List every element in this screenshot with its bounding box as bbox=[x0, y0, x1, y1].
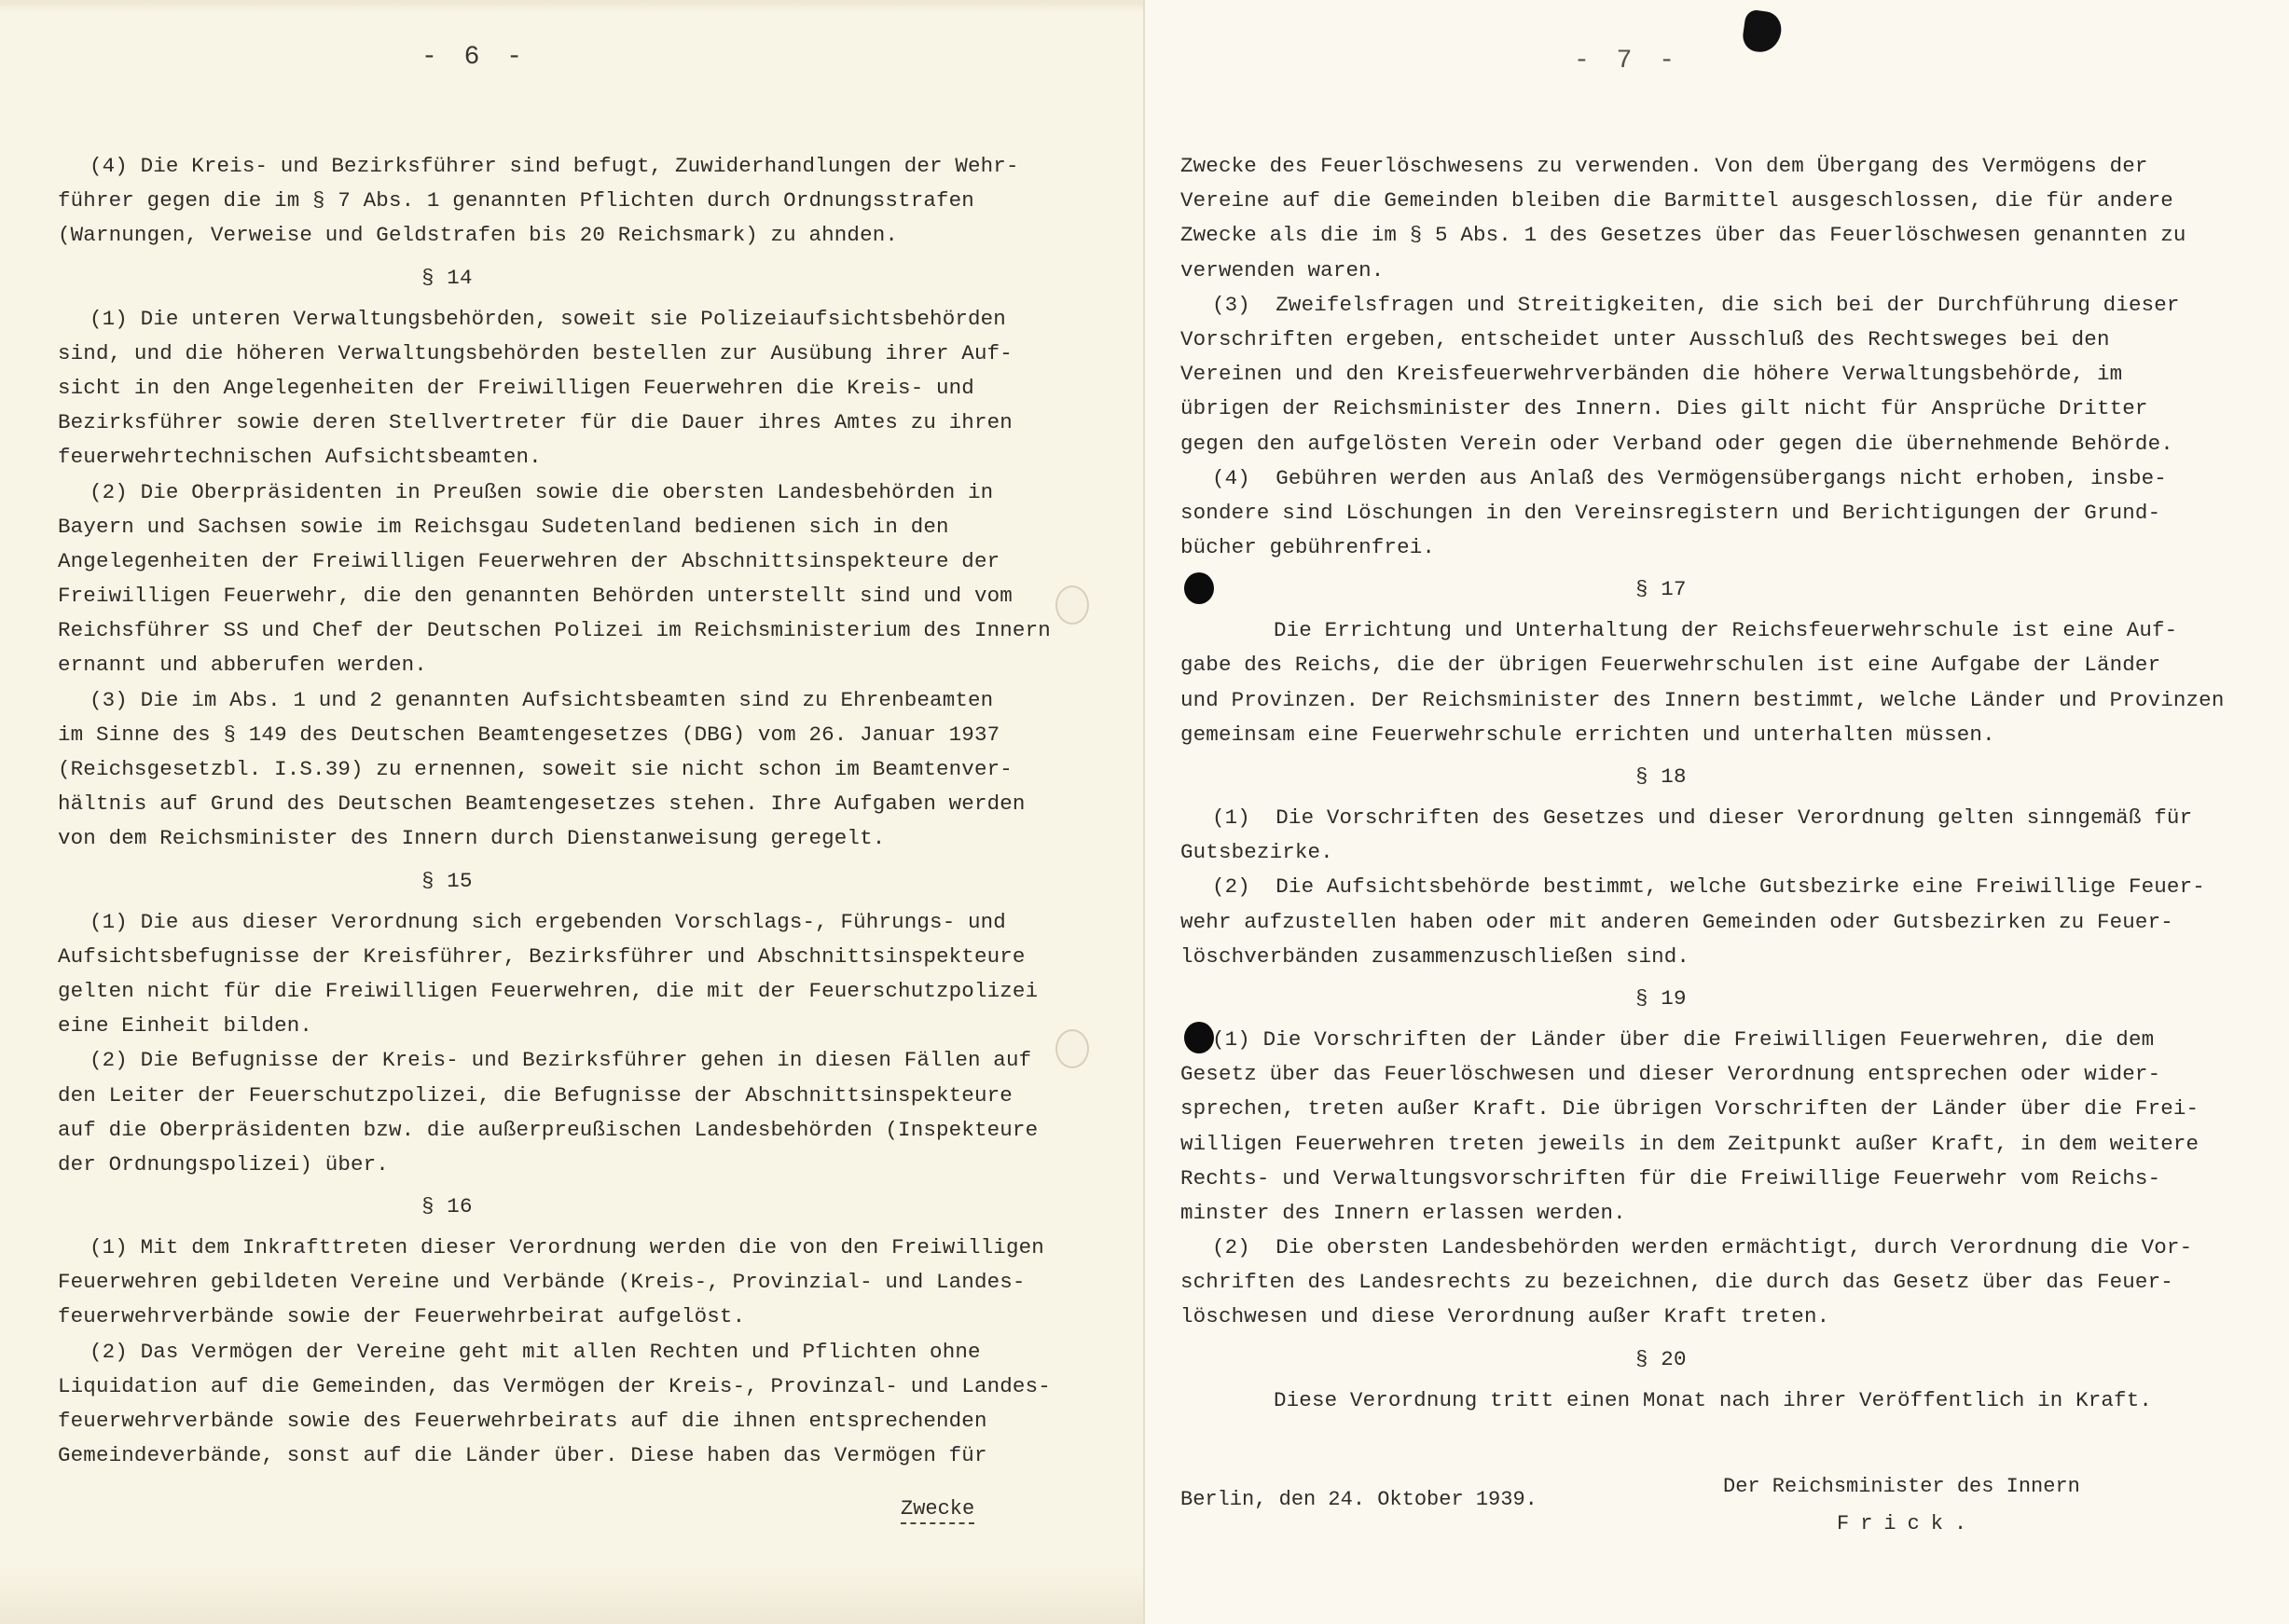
section-heading: § 18 bbox=[1180, 752, 2224, 801]
document-spread: - 6 - (4) Die Kreis- und Bezirksführer s… bbox=[0, 0, 2289, 1624]
page-6: - 6 - (4) Die Kreis- und Bezirksführer s… bbox=[0, 0, 1145, 1624]
text-line: sondere sind Löschungen in den Vereinsre… bbox=[1180, 496, 2224, 530]
text-line: bücher gebührenfrei. bbox=[1180, 530, 2224, 565]
text-line: gabe des Reichs, die der übrigen Feuerwe… bbox=[1180, 648, 2224, 682]
punch-hole-icon bbox=[1184, 572, 1214, 604]
text-line: (1) Die Vorschriften der Länder über die… bbox=[1180, 1023, 2224, 1057]
section-heading: § 16 bbox=[58, 1182, 1051, 1231]
signature-name: Frick. bbox=[1837, 1512, 1978, 1535]
text-line: (2) Die obersten Landesbehörden werden e… bbox=[1180, 1231, 2224, 1265]
text-line: gelten nicht für die Freiwilligen Feuerw… bbox=[58, 974, 1051, 1009]
section-heading: § 19 bbox=[1180, 974, 2224, 1023]
text-line: löschverbänden zusammenzuschließen sind. bbox=[1180, 940, 2224, 974]
text-line: der Ordnungspolizei) über. bbox=[58, 1148, 1051, 1182]
text-line: (2) Die Aufsichtsbehörde bestimmt, welch… bbox=[1180, 870, 2224, 904]
text-line: eine Einheit bilden. bbox=[58, 1009, 1051, 1043]
text-line: feuerwehrverbände sowie des Feuerwehrbei… bbox=[58, 1404, 1051, 1438]
text-line: im Sinne des § 149 des Deutschen Beamten… bbox=[58, 718, 1051, 752]
text-line: sprechen, treten außer Kraft. Die übrige… bbox=[1180, 1092, 2224, 1126]
text-line: minster des Innern erlassen werden. bbox=[1180, 1196, 2224, 1231]
text-line: sicht in den Angelegenheiten der Freiwil… bbox=[58, 371, 1051, 406]
text-line: und Provinzen. Der Reichsminister des In… bbox=[1180, 683, 2224, 718]
text-line: Feuerwehren gebildeten Vereine und Verbä… bbox=[58, 1265, 1051, 1300]
signature-title: Der Reichsminister des Innern bbox=[1723, 1475, 2080, 1498]
text-line: Gemeindeverbände, sonst auf die Länder ü… bbox=[58, 1438, 1051, 1473]
text-line: (2) Die Oberpräsidenten in Preußen sowie… bbox=[58, 475, 1051, 510]
text-line: Zwecke des Feuerlöschwesens zu verwenden… bbox=[1180, 149, 2224, 184]
text-line: Reichsführer SS und Chef der Deutschen P… bbox=[58, 613, 1051, 648]
text-line: (2) Das Vermögen der Vereine geht mit al… bbox=[58, 1335, 1051, 1369]
text-line: (1) Die aus dieser Verordnung sich ergeb… bbox=[58, 905, 1051, 940]
text-line: wehr aufzustellen haben oder mit anderen… bbox=[1180, 905, 2224, 940]
text-line: Vorschriften ergeben, entscheidet unter … bbox=[1180, 323, 2224, 357]
punch-hole-icon bbox=[1055, 585, 1089, 625]
text-line: hältnis auf Grund des Deutschen Beamteng… bbox=[58, 787, 1051, 821]
text-line: von dem Reichsminister des Innern durch … bbox=[58, 821, 1051, 856]
text-line: auf die Oberpräsidenten bzw. die außerpr… bbox=[58, 1113, 1051, 1148]
section-heading: § 14 bbox=[58, 254, 1051, 302]
text-line: Diese Verordnung tritt einen Monat nach … bbox=[1180, 1383, 2224, 1418]
text-line: Gesetz über das Feuerlöschwesen und dies… bbox=[1180, 1057, 2224, 1092]
text-line: Zwecke als die im § 5 Abs. 1 des Gesetze… bbox=[1180, 218, 2224, 253]
text-line: Freiwilligen Feuerwehr, die den genannte… bbox=[58, 579, 1051, 613]
text-line: sind, und die höheren Verwaltungsbehörde… bbox=[58, 337, 1051, 371]
section-heading: § 15 bbox=[58, 857, 1051, 905]
text-line: Aufsichtsbefugnisse der Kreisführer, Bez… bbox=[58, 940, 1051, 974]
text-line: Bezirksführer sowie deren Stellvertreter… bbox=[58, 406, 1051, 440]
text-line: ernannt und abberufen werden. bbox=[58, 648, 1051, 682]
text-line: den Leiter der Feuerschutzpolizei, die B… bbox=[58, 1079, 1051, 1113]
text-line: Rechts- und Verwaltungsvorschriften für … bbox=[1180, 1162, 2224, 1196]
text-line: Bayern und Sachsen sowie im Reichsgau Su… bbox=[58, 510, 1051, 544]
text-line: Vereinen und den Kreisfeuerwehrverbänden… bbox=[1180, 357, 2224, 392]
text-line: gemeinsam eine Feuerwehrschule errichten… bbox=[1180, 718, 2224, 752]
section-heading: § 17 bbox=[1180, 565, 2224, 613]
text-line: Gutsbezirke. bbox=[1180, 835, 2224, 870]
signature-place-date: Berlin, den 24. Oktober 1939. bbox=[1180, 1488, 1537, 1511]
catchword: Zwecke bbox=[901, 1497, 974, 1524]
text-line: Die Errichtung und Unterhaltung der Reic… bbox=[1180, 613, 2224, 648]
text-line: (4) Die Kreis- und Bezirksführer sind be… bbox=[58, 149, 1051, 184]
text-line: Vereine auf die Gemeinden bleiben die Ba… bbox=[1180, 184, 2224, 218]
punch-hole-icon bbox=[1055, 1029, 1089, 1068]
text-line: löschwesen und diese Verordnung außer Kr… bbox=[1180, 1300, 2224, 1334]
text-line: (Reichsgesetzbl. I.S.39) zu ernennen, so… bbox=[58, 752, 1051, 787]
text-line: führer gegen die im § 7 Abs. 1 genannten… bbox=[58, 184, 1051, 218]
text-line: verwenden waren. bbox=[1180, 254, 2224, 288]
text-line: Liquidation auf die Gemeinden, das Vermö… bbox=[58, 1369, 1051, 1404]
text-line: (3) Die im Abs. 1 und 2 genannten Aufsic… bbox=[58, 683, 1051, 718]
page-7: - 7 - Zwecke des Feuerlöschwesens zu ver… bbox=[1145, 0, 2289, 1624]
page-body-text: (4) Die Kreis- und Bezirksführer sind be… bbox=[58, 149, 1051, 1473]
text-line: feuerwehrtechnischen Aufsichtsbeamten. bbox=[58, 440, 1051, 475]
text-line: Angelegenheiten der Freiwilligen Feuerwe… bbox=[58, 544, 1051, 579]
text-line: (3) Zweifelsfragen und Streitigkeiten, d… bbox=[1180, 288, 2224, 323]
page-number: - 6 - bbox=[421, 43, 528, 72]
page-body-text: Zwecke des Feuerlöschwesens zu verwenden… bbox=[1180, 149, 2224, 1418]
punch-hole-icon bbox=[1184, 1022, 1214, 1053]
text-line: schriften des Landesrechts zu bezeichnen… bbox=[1180, 1265, 2224, 1300]
text-line: gegen den aufgelösten Verein oder Verban… bbox=[1180, 427, 2224, 461]
text-line: (1) Die Vorschriften des Gesetzes und di… bbox=[1180, 801, 2224, 835]
text-line: feuerwehrverbände sowie der Feuerwehrbei… bbox=[58, 1300, 1051, 1334]
section-heading: § 20 bbox=[1180, 1335, 2224, 1383]
page-number: - 7 - bbox=[1574, 47, 1680, 76]
text-line: (2) Die Befugnisse der Kreis- und Bezirk… bbox=[58, 1043, 1051, 1078]
text-line: (1) Die unteren Verwaltungsbehörden, sow… bbox=[58, 302, 1051, 337]
text-line: willigen Feuerwehren treten jeweils in d… bbox=[1180, 1127, 2224, 1162]
text-line: (1) Mit dem Inkrafttreten dieser Verordn… bbox=[58, 1231, 1051, 1265]
text-line: (4) Gebühren werden aus Anlaß des Vermög… bbox=[1180, 461, 2224, 496]
text-line: (Warnungen, Verweise und Geldstrafen bis… bbox=[58, 218, 1051, 253]
paper-fold-shadow bbox=[0, 1566, 1145, 1624]
text-line: übrigen der Reichsminister des Innern. D… bbox=[1180, 392, 2224, 426]
